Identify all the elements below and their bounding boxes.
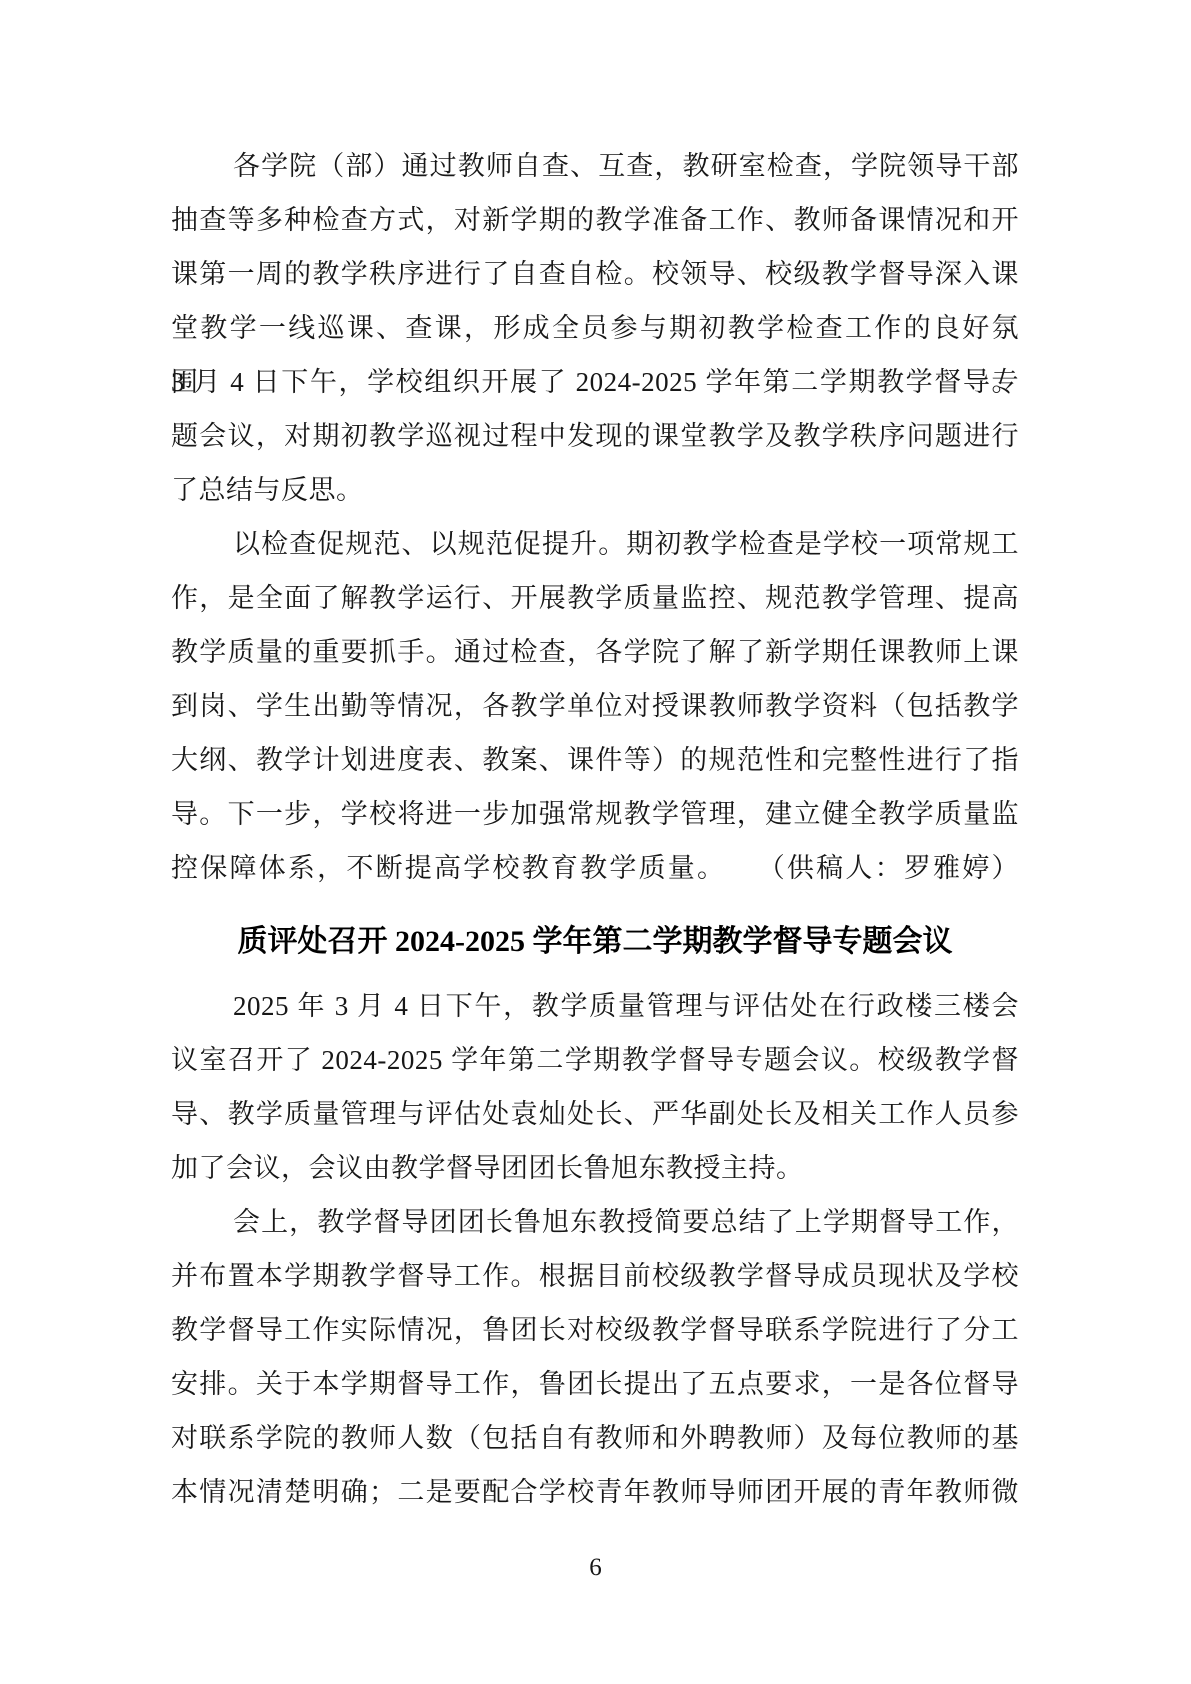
- text-line: 教学质量的重要抓手。通过检查，各学院了解了新学期任课教师上课: [171, 625, 1019, 679]
- page-number: 6: [0, 1553, 1191, 1583]
- document-page: 各学院（部）通过教师自查、互查，教研室检查，学院领导干部抽查等多种检查方式，对新…: [0, 0, 1191, 1684]
- paragraph: 会上，教学督导团团长鲁旭东教授简要总结了上学期督导工作，并布置本学期教学督导工作…: [171, 1195, 1019, 1519]
- text-line: 抽查等多种检查方式，对新学期的教学准备工作、教师备课情况和开: [171, 193, 1019, 247]
- text-line: 作，是全面了解教学运行、开展教学质量监控、规范教学管理、提高: [171, 571, 1019, 625]
- paragraph: 各学院（部）通过教师自查、互查，教研室检查，学院领导干部抽查等多种检查方式，对新…: [171, 139, 1019, 517]
- text-line: 会上，教学督导团团长鲁旭东教授简要总结了上学期督导工作，: [171, 1195, 1019, 1249]
- text-line: 3 月 4 日下午，学校组织开展了 2024-2025 学年第二学期教学督导专: [171, 355, 1019, 409]
- text-line: 加了会议，会议由教学督导团团长鲁旭东教授主持。: [171, 1141, 1019, 1195]
- text-line: 堂教学一线巡课、查课，形成全员参与期初教学检查工作的良好氛围。: [171, 301, 1019, 355]
- text-line: 本情况清楚明确；二是要配合学校青年教师导师团开展的青年教师微: [171, 1465, 1019, 1519]
- paragraph: 2025 年 3 月 4 日下午，教学质量管理与评估处在行政楼三楼会议室召开了 …: [171, 979, 1019, 1195]
- text-line: 控保障体系，不断提高学校教育教学质量。 （供稿人：罗雅婷）: [171, 841, 1019, 895]
- document-body: 各学院（部）通过教师自查、互查，教研室检查，学院领导干部抽查等多种检查方式，对新…: [171, 139, 1019, 1519]
- text-line: 题会议，对期初教学巡视过程中发现的课堂教学及教学秩序问题进行: [171, 409, 1019, 463]
- text-line: 了总结与反思。: [171, 463, 1019, 517]
- text-line: 大纲、教学计划进度表、教案、课件等）的规范性和完整性进行了指: [171, 733, 1019, 787]
- text-line: 到岗、学生出勤等情况，各教学单位对授课教师教学资料（包括教学: [171, 679, 1019, 733]
- paragraph: 以检查促规范、以规范促提升。期初教学检查是学校一项常规工作，是全面了解教学运行、…: [171, 517, 1019, 895]
- text-line: 2025 年 3 月 4 日下午，教学质量管理与评估处在行政楼三楼会: [171, 979, 1019, 1033]
- text-line: 安排。关于本学期督导工作，鲁团长提出了五点要求，一是各位督导: [171, 1357, 1019, 1411]
- text-line: 以检查促规范、以规范促提升。期初教学检查是学校一项常规工: [171, 517, 1019, 571]
- text-line: 各学院（部）通过教师自查、互查，教研室检查，学院领导干部: [171, 139, 1019, 193]
- text-line: 对联系学院的教师人数（包括自有教师和外聘教师）及每位教师的基: [171, 1411, 1019, 1465]
- text-line: 导、教学质量管理与评估处袁灿处长、严华副处长及相关工作人员参: [171, 1087, 1019, 1141]
- text-line: 课第一周的教学秩序进行了自查自检。校领导、校级教学督导深入课: [171, 247, 1019, 301]
- text-line: 并布置本学期教学督导工作。根据目前校级教学督导成员现状及学校: [171, 1249, 1019, 1303]
- text-line: 教学督导工作实际情况，鲁团长对校级教学督导联系学院进行了分工: [171, 1303, 1019, 1357]
- text-line: 议室召开了 2024-2025 学年第二学期教学督导专题会议。校级教学督: [171, 1033, 1019, 1087]
- text-line: 导。下一步，学校将进一步加强常规教学管理，建立健全教学质量监: [171, 787, 1019, 841]
- section-heading: 质评处召开 2024-2025 学年第二学期教学督导专题会议: [171, 915, 1019, 969]
